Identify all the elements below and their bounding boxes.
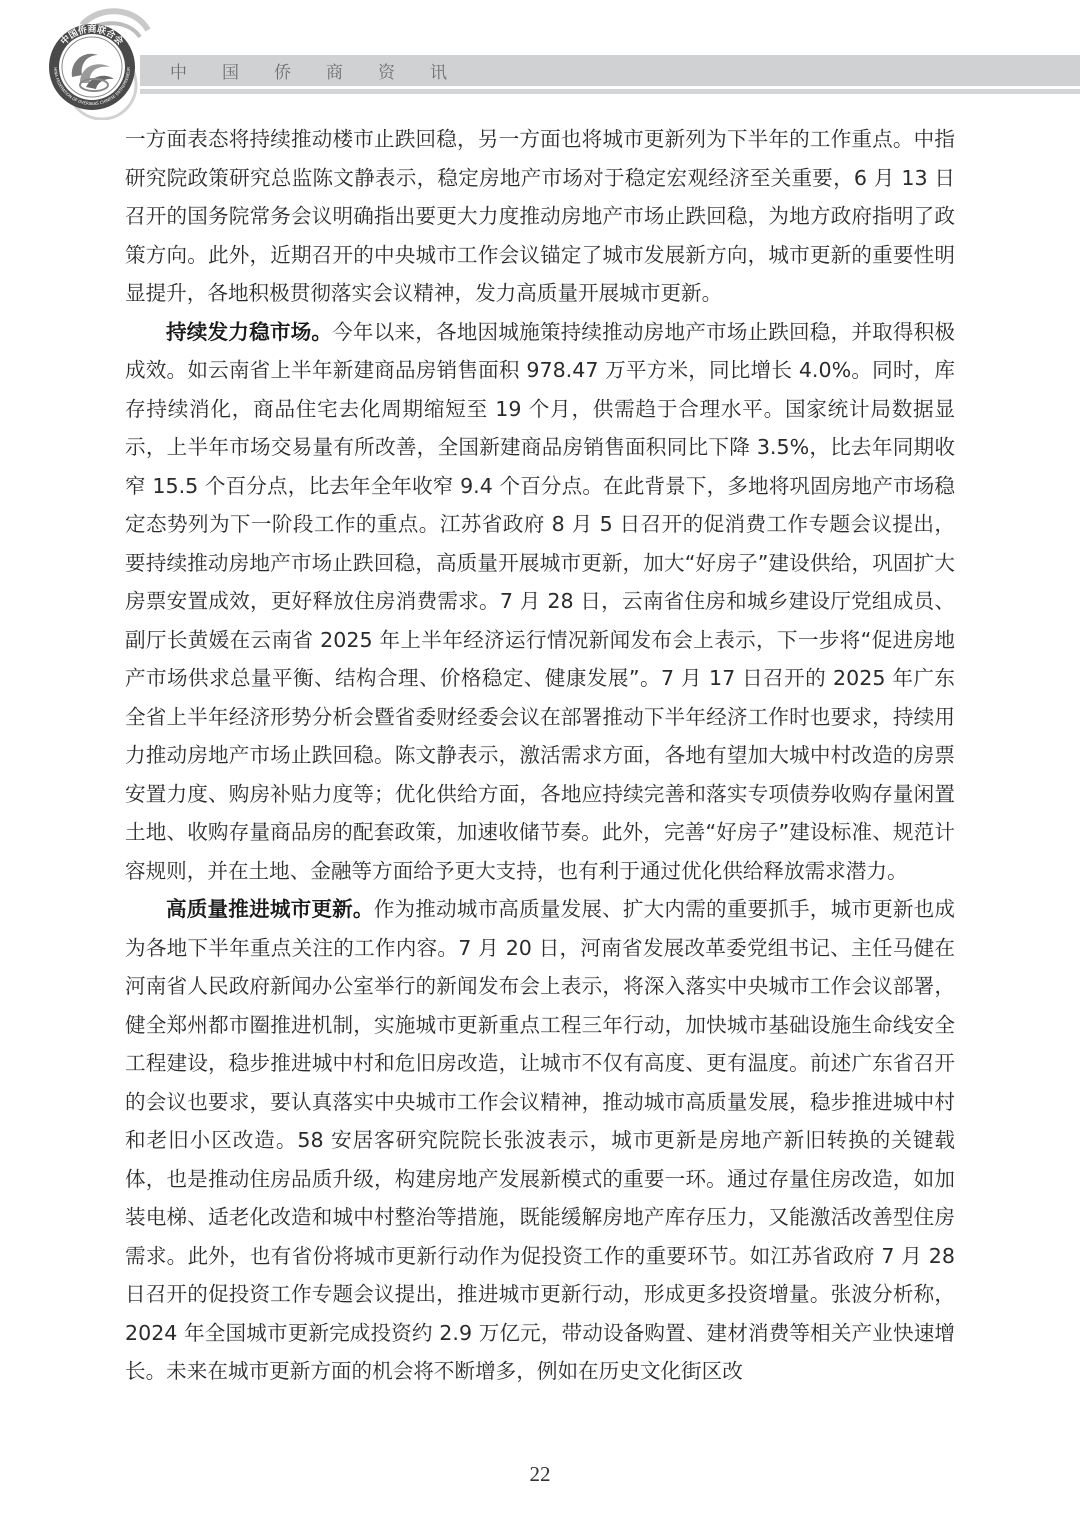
masthead-char: 国	[222, 58, 274, 83]
article-body: 一方面表态将持续推动楼市止跌回稳，另一方面也将城市更新列为下半年的工作重点。中指…	[125, 120, 955, 1391]
header-rule	[140, 89, 1080, 94]
masthead-char: 中	[170, 58, 222, 83]
article-paragraph: 一方面表态将持续推动楼市止跌回稳，另一方面也将城市更新列为下半年的工作重点。中指…	[125, 120, 955, 313]
masthead-title: 中 国 侨 商 资 讯	[170, 57, 482, 84]
masthead-char: 侨	[274, 58, 326, 83]
article-paragraph: 高质量推进城市更新。作为推动城市高质量发展、扩大内需的重要抓手，城市更新也成为各…	[125, 890, 955, 1391]
article-paragraph: 持续发力稳市场。今年以来，各地因城施策持续推动房地产市场止跌回稳，并取得积极成效…	[125, 313, 955, 891]
paragraph-text: 一方面表态将持续推动楼市止跌回稳，另一方面也将城市更新列为下半年的工作重点。中指…	[125, 127, 955, 305]
paragraph-lead: 持续发力稳市场。	[166, 320, 332, 344]
page-header: 中 国 侨 商 资 讯 中国侨商联合会 CHINA FEDERATION	[0, 0, 1080, 120]
masthead-char: 讯	[430, 58, 482, 83]
masthead-char: 资	[378, 58, 430, 83]
federation-emblem-icon: 中国侨商联合会 CHINA FEDERATION OF OVERSEAS CHI…	[40, 5, 160, 120]
paragraph-lead: 高质量推进城市更新。	[166, 897, 374, 921]
masthead-char: 商	[326, 58, 378, 83]
paragraph-text: 今年以来，各地因城施策持续推动房地产市场止跌回稳，并取得积极成效。如云南省上半年…	[125, 320, 955, 883]
page-number: 22	[0, 1462, 1080, 1487]
paragraph-text: 作为推动城市高质量发展、扩大内需的重要抓手，城市更新也成为各地下半年重点关注的工…	[125, 897, 955, 1383]
